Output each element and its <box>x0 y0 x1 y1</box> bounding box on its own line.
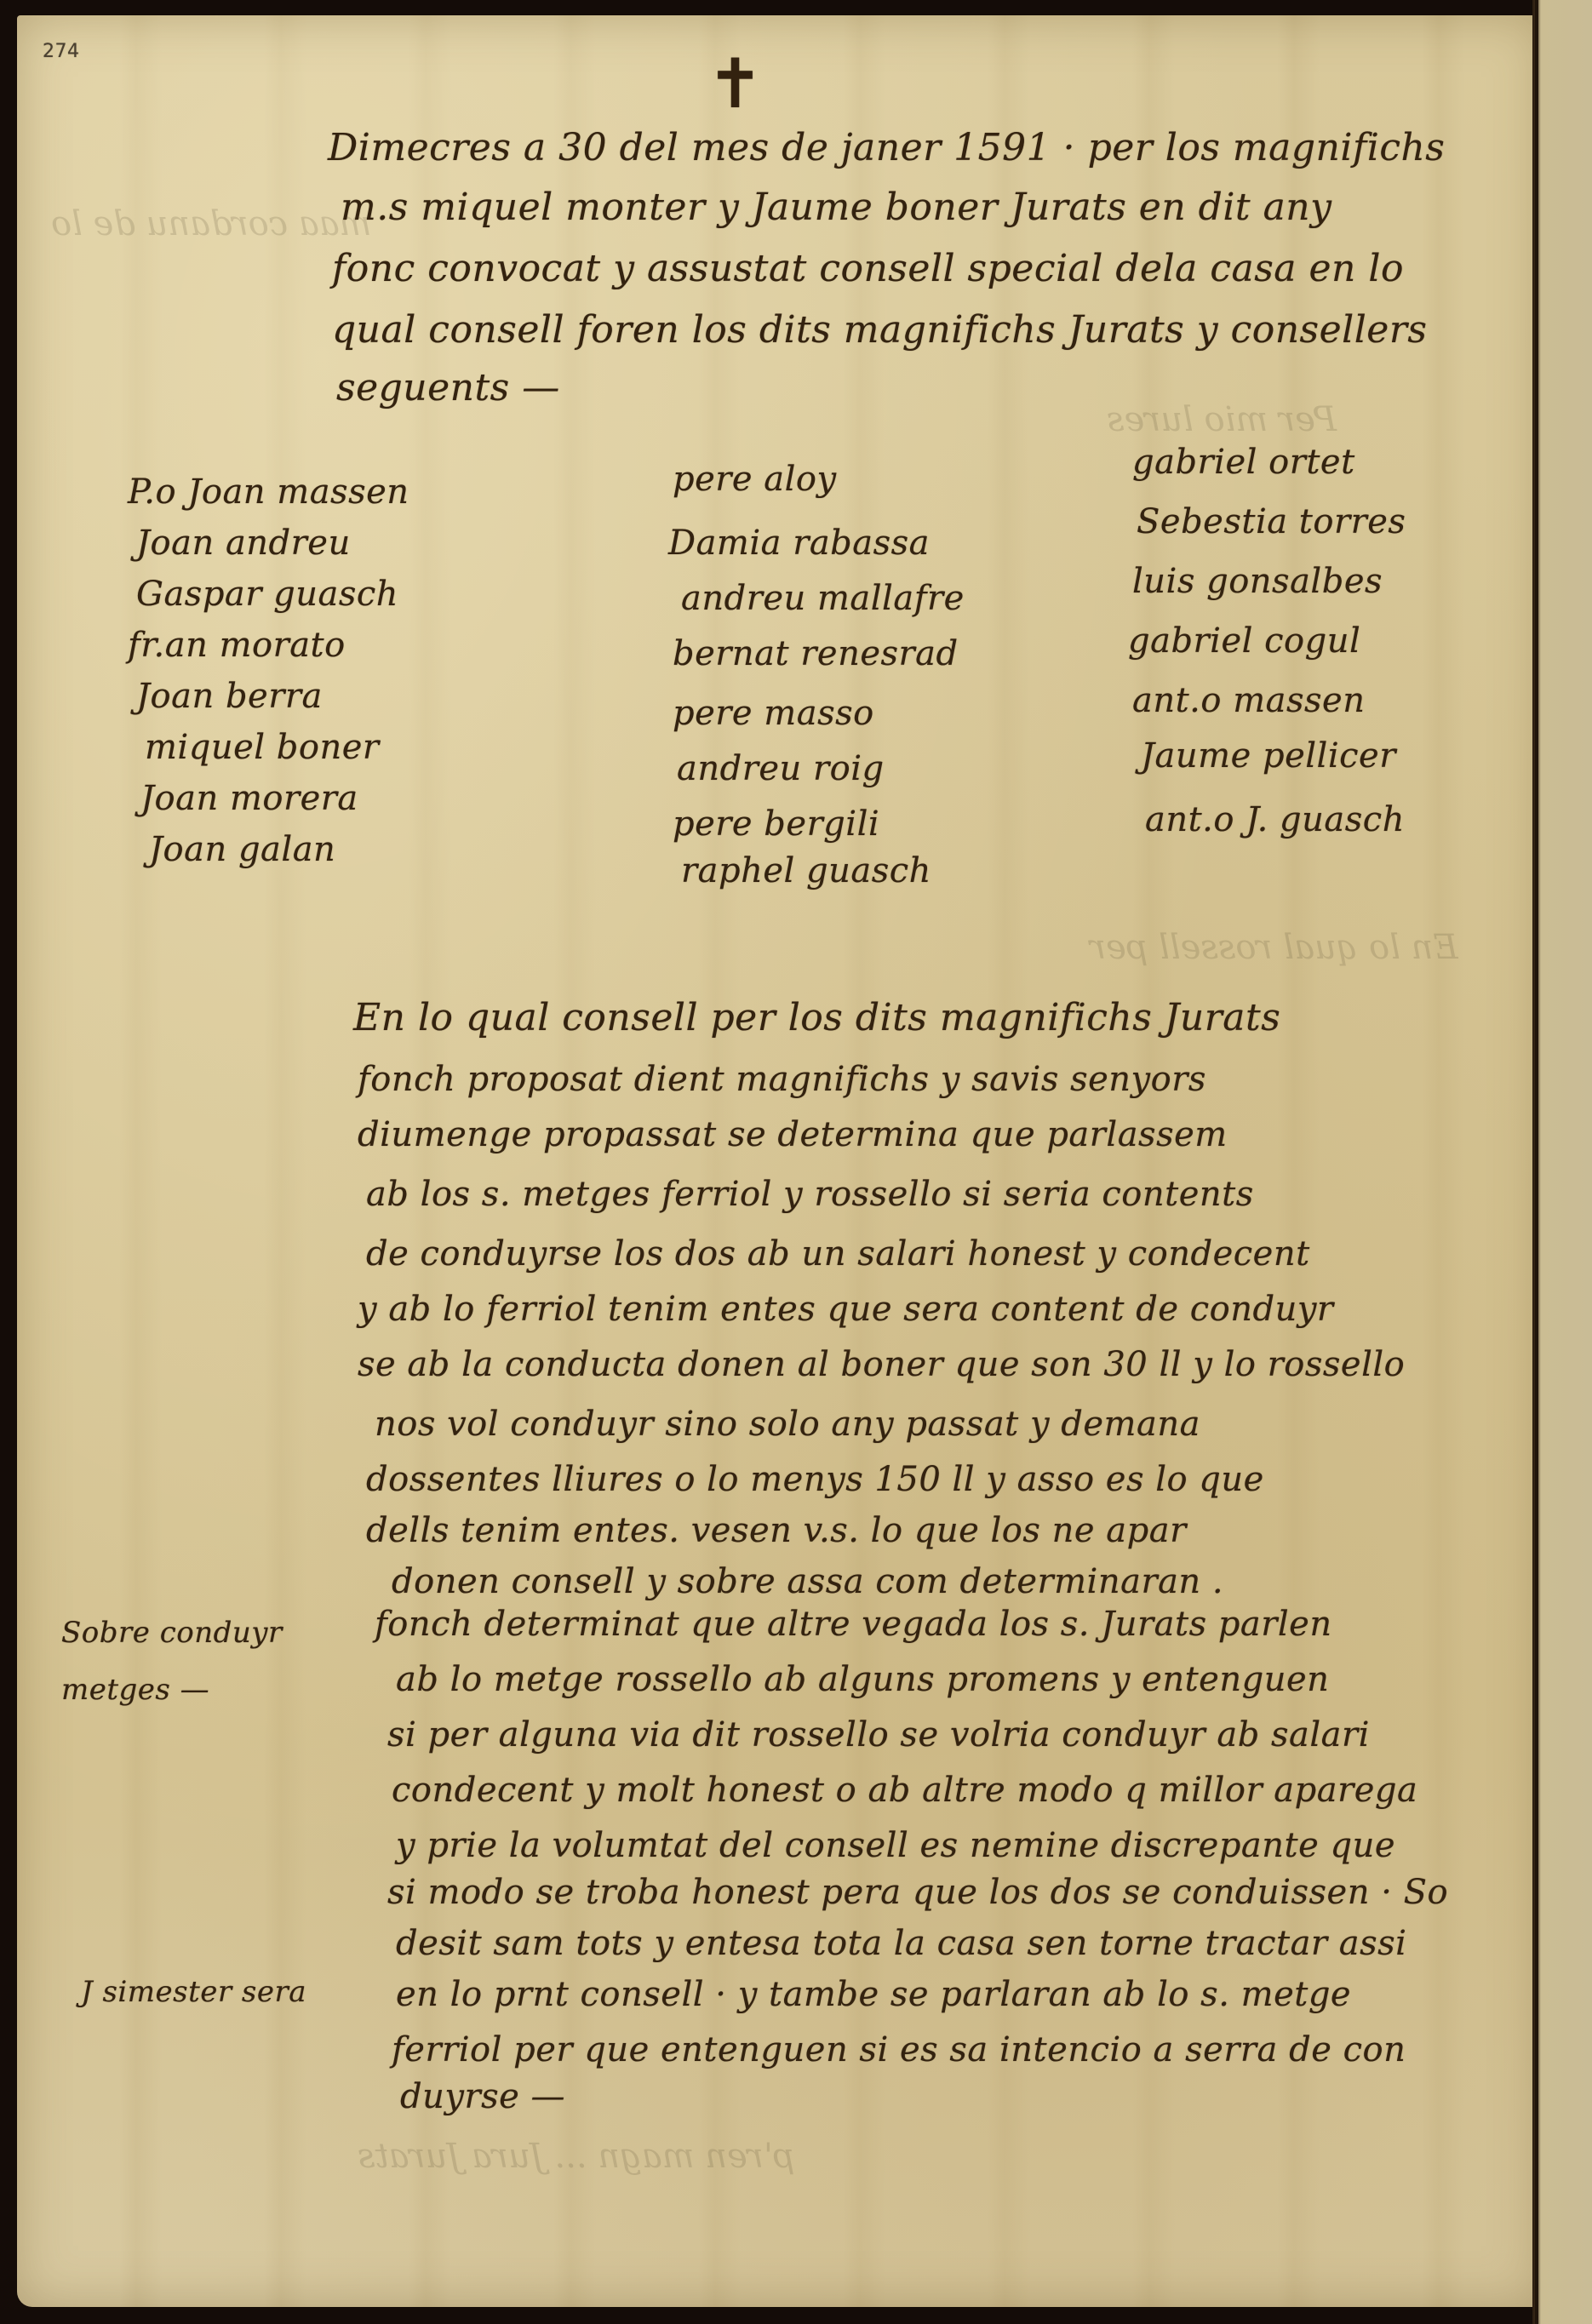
proposal-line: fonch proposat dient magnifichs y savis … <box>358 1060 1206 1099</box>
proposal-line: dells tenim entes. vesen v.s. lo que los… <box>366 1511 1187 1550</box>
attendee-name: Jaume pellicer <box>1141 736 1396 776</box>
attendee-name: pere aloy <box>673 460 837 499</box>
bleed-through-text: maa cordanu de lo <box>51 204 372 243</box>
bleed-through-text: p'ren magn ... Jura Jurats <box>358 2137 794 2176</box>
bleed-through-text: En lo qual rossell per <box>1090 928 1458 967</box>
proposal-line: se ab la conducta donen al boner que son… <box>358 1345 1405 1384</box>
attendee-name: andreu roig <box>677 749 885 788</box>
attendee-name: fr.an morato <box>128 626 346 665</box>
proposal-line: y ab lo ferriol tenim entes que sera con… <box>358 1290 1334 1329</box>
resolution-line: en lo prnt consell · y tambe se parlaran… <box>396 1975 1351 2014</box>
heading-line: qual consell foren los dits magnifichs J… <box>332 308 1427 352</box>
manuscript-page <box>17 15 1543 2307</box>
attendee-name: raphel guasch <box>681 851 931 890</box>
resolution-line: si modo se troba honest pera que los dos… <box>387 1873 1448 1912</box>
margin-note-line: J simester sera <box>81 1975 306 2009</box>
attendee-name: ant.o massen <box>1132 681 1365 720</box>
attendee-name: Joan andreu <box>136 524 351 563</box>
attendee-name: andreu mallafre <box>681 579 965 618</box>
attendee-name: pere bergili <box>673 804 879 844</box>
resolution-line: fonch determinat que altre vegada los s.… <box>375 1605 1332 1644</box>
resolution-line: si per alguna via dit rossello se volria… <box>387 1715 1370 1754</box>
attendee-name: Joan berra <box>136 677 323 716</box>
attendee-name: Gaspar guasch <box>136 575 398 614</box>
page-gutter <box>1532 0 1592 2324</box>
attendee-name: Joan galan <box>149 830 335 869</box>
invocation-cross-icon: ✝ <box>707 44 765 123</box>
resolution-line: desit sam tots y entesa tota la casa sen… <box>396 1924 1406 1963</box>
proposal-line: ab los s. metges ferriol y rossello si s… <box>366 1175 1254 1214</box>
attendee-name: pere masso <box>673 694 874 733</box>
attendee-name: ant.o J. guasch <box>1145 800 1405 839</box>
heading-line: Dimecres a 30 del mes de janer 1591 · pe… <box>328 126 1445 169</box>
heading-line: m.s miquel monter y Jaume boner Jurats e… <box>341 186 1332 229</box>
attendee-name: Sebestia torres <box>1137 502 1406 541</box>
proposal-line: donen consell y sobre assa com determina… <box>392 1562 1223 1601</box>
proposal-line: diumenge propassat se determina que parl… <box>358 1115 1228 1154</box>
heading-line: seguents — <box>336 366 560 409</box>
attendee-name: Damia rabassa <box>668 524 930 563</box>
attendee-name: P.o Joan massen <box>128 472 409 512</box>
resolution-line: ferriol per que entenguen si es sa inten… <box>392 2030 1406 2069</box>
folio-number: 274 <box>43 41 80 62</box>
attendee-name: Joan morera <box>140 779 358 818</box>
attendee-name: gabriel cogul <box>1128 621 1360 661</box>
bleed-through-text: Per mio lures <box>1107 400 1337 439</box>
margin-note-line: metges — <box>61 1673 209 1707</box>
margin-note-line: Sobre conduyr <box>61 1616 283 1650</box>
proposal-line: nos vol conduyr sino solo any passat y d… <box>375 1405 1200 1444</box>
attendee-name: bernat renesrad <box>673 634 959 673</box>
proposal-line: En lo qual consell per los dits magnific… <box>353 996 1280 1039</box>
resolution-line: duyrse — <box>400 2077 565 2116</box>
attendee-name: gabriel ortet <box>1132 443 1355 482</box>
attendee-name: luis gonsalbes <box>1132 562 1383 601</box>
resolution-line: ab lo metge rossello ab alguns promens y… <box>396 1660 1329 1699</box>
heading-line: fonc convocat y assustat consell special… <box>332 247 1404 290</box>
gutter-binding-line <box>1535 0 1538 2324</box>
resolution-line: y prie la volumtat del consell es nemine… <box>396 1826 1395 1865</box>
proposal-line: de conduyrse los dos ab un salari honest… <box>366 1234 1310 1274</box>
proposal-line: dossentes lliures o lo menys 150 ll y as… <box>366 1460 1264 1499</box>
attendee-name: miquel boner <box>145 728 380 767</box>
resolution-line: condecent y molt honest o ab altre modo … <box>392 1771 1417 1810</box>
